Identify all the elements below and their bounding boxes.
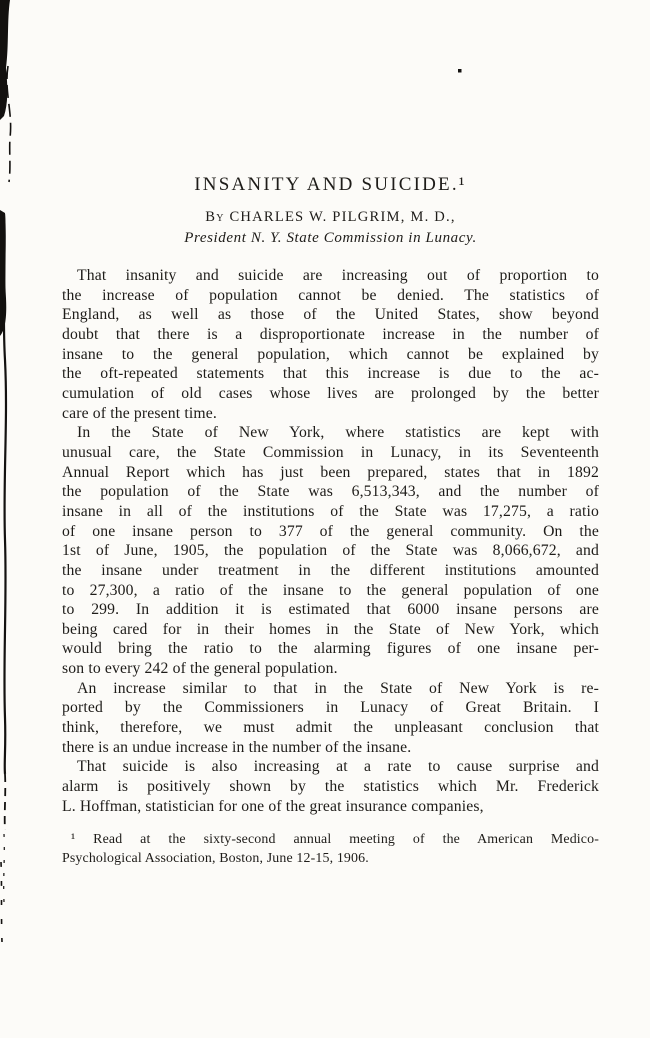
text-line: of one insane person to 377 of the gener… (62, 522, 599, 542)
text-line: think, therefore, we must admit the unpl… (62, 718, 599, 738)
text-line: England, as well as those of the United … (62, 305, 599, 325)
paragraph: That suicide is also increasing at a rat… (62, 757, 599, 816)
article-title: INSANITY AND SUICIDE.¹ (62, 174, 599, 196)
text-line: 1st of June, 1905, the population of the… (62, 541, 599, 561)
text-line: care of the present time. (62, 404, 599, 424)
text-line: In the State of New York, where statisti… (62, 423, 599, 443)
text-line: insane to the general population, which … (62, 345, 599, 365)
text-line: the insane under treatment in the differ… (62, 561, 599, 581)
page-content: INSANITY AND SUICIDE.¹ By CHARLES W. PIL… (62, 0, 599, 869)
text-line: being cared for in their homes in the St… (62, 620, 599, 640)
article-byline: By CHARLES W. PILGRIM, M. D., (62, 209, 599, 226)
text-line: insane in all of the institutions of the… (62, 502, 599, 522)
text-line: Psychological Association, Boston, June … (62, 850, 599, 869)
text-line: there is an undue increase in the number… (62, 738, 599, 758)
footnote: ¹ Read at the sixty-second annual meetin… (62, 831, 599, 868)
scanned-page: INSANITY AND SUICIDE.¹ By CHARLES W. PIL… (0, 0, 650, 1038)
text-line: That suicide is also increasing at a rat… (62, 757, 599, 777)
text-line: son to every 242 of the general populati… (62, 659, 599, 679)
text-line: the population of the State was 6,513,34… (62, 482, 599, 502)
text-line: the oft-repeated statements that this in… (62, 364, 599, 384)
text-line: to 27,300, a ratio of the insane to the … (62, 581, 599, 601)
text-line: the increase of population cannot be den… (62, 286, 599, 306)
paragraph: In the State of New York, where statisti… (62, 423, 599, 679)
paragraph: That insanity and suicide are increasing… (62, 266, 599, 423)
text-line: cumulation of old cases whose lives are … (62, 384, 599, 404)
text-line: ¹ Read at the sixty-second annual meetin… (62, 831, 599, 850)
author-affiliation: President N. Y. State Commission in Luna… (62, 230, 599, 247)
text-line: L. Hoffman, statistician for one of the … (62, 797, 599, 817)
text-line: to 299. In addition it is estimated that… (62, 600, 599, 620)
text-line: ported by the Commissioners in Lunacy of… (62, 698, 599, 718)
text-line: That insanity and suicide are increasing… (62, 266, 599, 286)
text-line: An increase similar to that in the State… (62, 679, 599, 699)
text-line: unusual care, the State Commission in Lu… (62, 443, 599, 463)
text-line: doubt that there is a disproportionate i… (62, 325, 599, 345)
text-line: Annual Report which has just been prepar… (62, 463, 599, 483)
body-paragraphs: That insanity and suicide are increasing… (62, 266, 599, 816)
text-line: would bring the ratio to the alarming fi… (62, 639, 599, 659)
text-line: alarm is positively shown by the statist… (62, 777, 599, 797)
paragraph: An increase similar to that in the State… (62, 679, 599, 758)
